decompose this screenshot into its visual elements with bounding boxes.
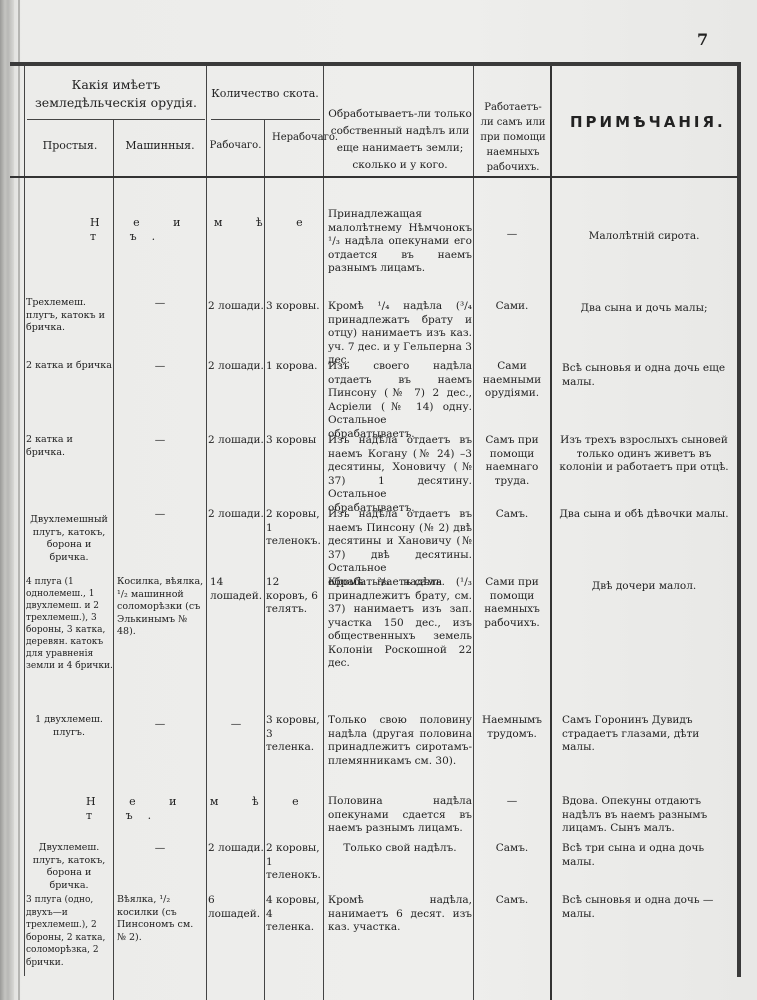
- census-table: Какія имѣетъ земледѣльческія орудія. Про…: [10, 62, 742, 982]
- col-line-working-nonworking: [264, 119, 265, 1000]
- row2-machine: —: [116, 360, 204, 374]
- row2-notes: Всѣ сыновья и одна дочь еще малы.: [562, 362, 732, 389]
- row3-notes: Изъ трехъ взрослыхъ сыновей только одинъ…: [556, 434, 732, 475]
- row7-merged: Н е и м ѣ е т ъ.: [86, 795, 326, 822]
- row9-simple: 3 плуга (одно, двухъ—и трехлемеш.), 2 бо…: [26, 894, 114, 969]
- row8-labor: Самъ.: [476, 842, 548, 856]
- page-number: 7: [697, 30, 708, 49]
- row6-nonworking: 3 коровы, 3 теленка.: [266, 714, 324, 755]
- row9-nonworking: 4 коровы, 4 теленка.: [266, 894, 324, 935]
- row6-land: Только свою половину надѣла (другая поло…: [328, 714, 472, 768]
- row3-working: 2 лошади.: [208, 434, 264, 448]
- row3-simple: 2 катка и бричка.: [26, 434, 112, 459]
- row5-land: Кромѣ ²/₃ надѣла (¹/₃ принадлежитъ брату…: [328, 576, 472, 671]
- row1-notes: Два сына и дочь малы;: [556, 302, 732, 316]
- header-land: Обработываетъ-ли только собственный надѣ…: [328, 106, 472, 174]
- row5-machine: Косилка, вѣялка, ¹/₂ машинной соломорѣзк…: [117, 576, 205, 639]
- row2-working: 2 лошади.: [208, 360, 264, 374]
- row0-labor: —: [476, 228, 548, 242]
- row9-labor: Самъ.: [476, 894, 548, 908]
- row9-machine: Вѣялка, ¹/₂ косилки (съ Пинсономъ см. № …: [117, 894, 205, 944]
- row0-notes: Малолѣтній сирота.: [556, 230, 732, 244]
- row2-labor: Сами наемными орудіями.: [476, 360, 548, 401]
- row8-working: 2 лошади.: [208, 842, 264, 856]
- col-line-implements-livestock: [206, 66, 207, 1000]
- col-line-simple-machine: [113, 119, 114, 1000]
- header-livestock-working: Рабочаго.: [208, 138, 263, 153]
- row5-labor: Сами при помощи наемныхъ рабочихъ.: [476, 576, 548, 630]
- row8-nonworking: 2 коровы, 1 теленокъ.: [266, 842, 324, 883]
- row2-simple: 2 катка и бричка: [26, 360, 112, 373]
- header-labor: Работаетъ-ли самъ или при помощи наемных…: [478, 100, 548, 175]
- row8-land: Только свой надѣлъ.: [328, 842, 472, 856]
- row3-land: Изъ надѣла отдаетъ въ наемъ Когану (№ 24…: [328, 434, 472, 515]
- header-implements: Какія имѣетъ земледѣльческія орудія.: [28, 76, 204, 112]
- header-livestock: Количество скота.: [209, 85, 321, 102]
- row8-machine: —: [116, 842, 204, 856]
- row2-nonworking: 1 корова.: [266, 360, 324, 374]
- row9-land: Кромѣ надѣла, нанимаетъ 6 десят. изъ каз…: [328, 894, 472, 935]
- row3-labor: Самъ при помощи наемнаго труда.: [476, 434, 548, 488]
- row9-working: 6 лошадей.: [208, 894, 264, 921]
- col-line-land-labor: [473, 66, 474, 1000]
- header-subline-implements: [27, 119, 205, 120]
- row1-land: Кромѣ ¹/₄ надѣла (³/₄ принадлежатъ брату…: [328, 300, 472, 368]
- row3-machine: —: [116, 434, 204, 448]
- row4-working: 2 лошади.: [208, 508, 264, 522]
- header-subline-livestock: [211, 119, 320, 120]
- row1-nonworking: 3 коровы.: [266, 300, 324, 314]
- header-implements-simple: Простыя.: [28, 137, 112, 154]
- row3-nonworking: 3 коровы: [266, 434, 324, 448]
- row0-merged: Н е и м ѣ е т ъ.: [90, 216, 330, 243]
- row4-notes: Два сына и обѣ дѣвочки малы.: [556, 508, 732, 522]
- row5-working: 14 лошадей.: [210, 576, 260, 603]
- row6-working: —: [208, 718, 264, 732]
- col-line-labor-notes: [550, 66, 552, 1000]
- row0-land: Принадлежащая малолѣтнему Нѣмчонокъ ¹/₃ …: [328, 208, 472, 276]
- row1-simple: Трехлемеш. плугъ, катокъ и бричка.: [26, 297, 112, 335]
- row8-simple: Двухлемеш. плугъ, катокъ, борона и бричк…: [26, 842, 112, 892]
- row4-nonworking: 2 коровы, 1 теленокъ.: [266, 508, 324, 549]
- row5-notes: Двѣ дочери малол.: [556, 580, 732, 594]
- header-notes: ПРИМѢЧАНІЯ.: [570, 113, 726, 131]
- row6-notes: Самъ Горонинъ Дувидъ страдаетъ глазами, …: [562, 714, 732, 755]
- row1-working: 2 лошади.: [208, 300, 264, 314]
- row5-simple: 4 плуга (1 однолемеш., 1 двухлемеш. и 2 …: [26, 576, 114, 672]
- row7-labor: —: [476, 795, 548, 809]
- row1-machine: —: [116, 297, 204, 311]
- row6-labor: Наемнымъ трудомъ.: [476, 714, 548, 741]
- table-top-rule: [10, 62, 741, 66]
- col-line-left: [24, 66, 25, 976]
- row4-machine: —: [116, 508, 204, 522]
- row4-simple: Двухлемешный плугъ, катокъ, борона и бри…: [26, 514, 112, 564]
- row7-notes: Вдова. Опекуны отдаютъ надѣлъ въ наемъ р…: [562, 795, 732, 836]
- header-implements-machine: Машинныя.: [116, 137, 204, 154]
- row1-labor: Сами.: [476, 300, 548, 314]
- header-bottom-rule: [10, 176, 738, 178]
- row9-notes: Всѣ сыновья и одна дочь — малы.: [562, 894, 732, 921]
- row5-nonworking: 12 коровъ, 6 телятъ.: [266, 576, 324, 617]
- table-right-rule: [737, 62, 741, 977]
- row7-land: Половина надѣла опекунами сдается въ нае…: [328, 795, 472, 836]
- row2-land: Изъ своего надѣла отдаетъ въ наемъ Пинсо…: [328, 360, 472, 441]
- row6-machine: —: [116, 718, 204, 732]
- row8-notes: Всѣ три сына и одна дочь малы.: [562, 842, 732, 869]
- row4-labor: Самъ.: [476, 508, 548, 522]
- row6-simple: 1 двухлемеш. плугъ.: [26, 714, 112, 739]
- header-livestock-nonworking: Нерабочаго.: [272, 130, 318, 145]
